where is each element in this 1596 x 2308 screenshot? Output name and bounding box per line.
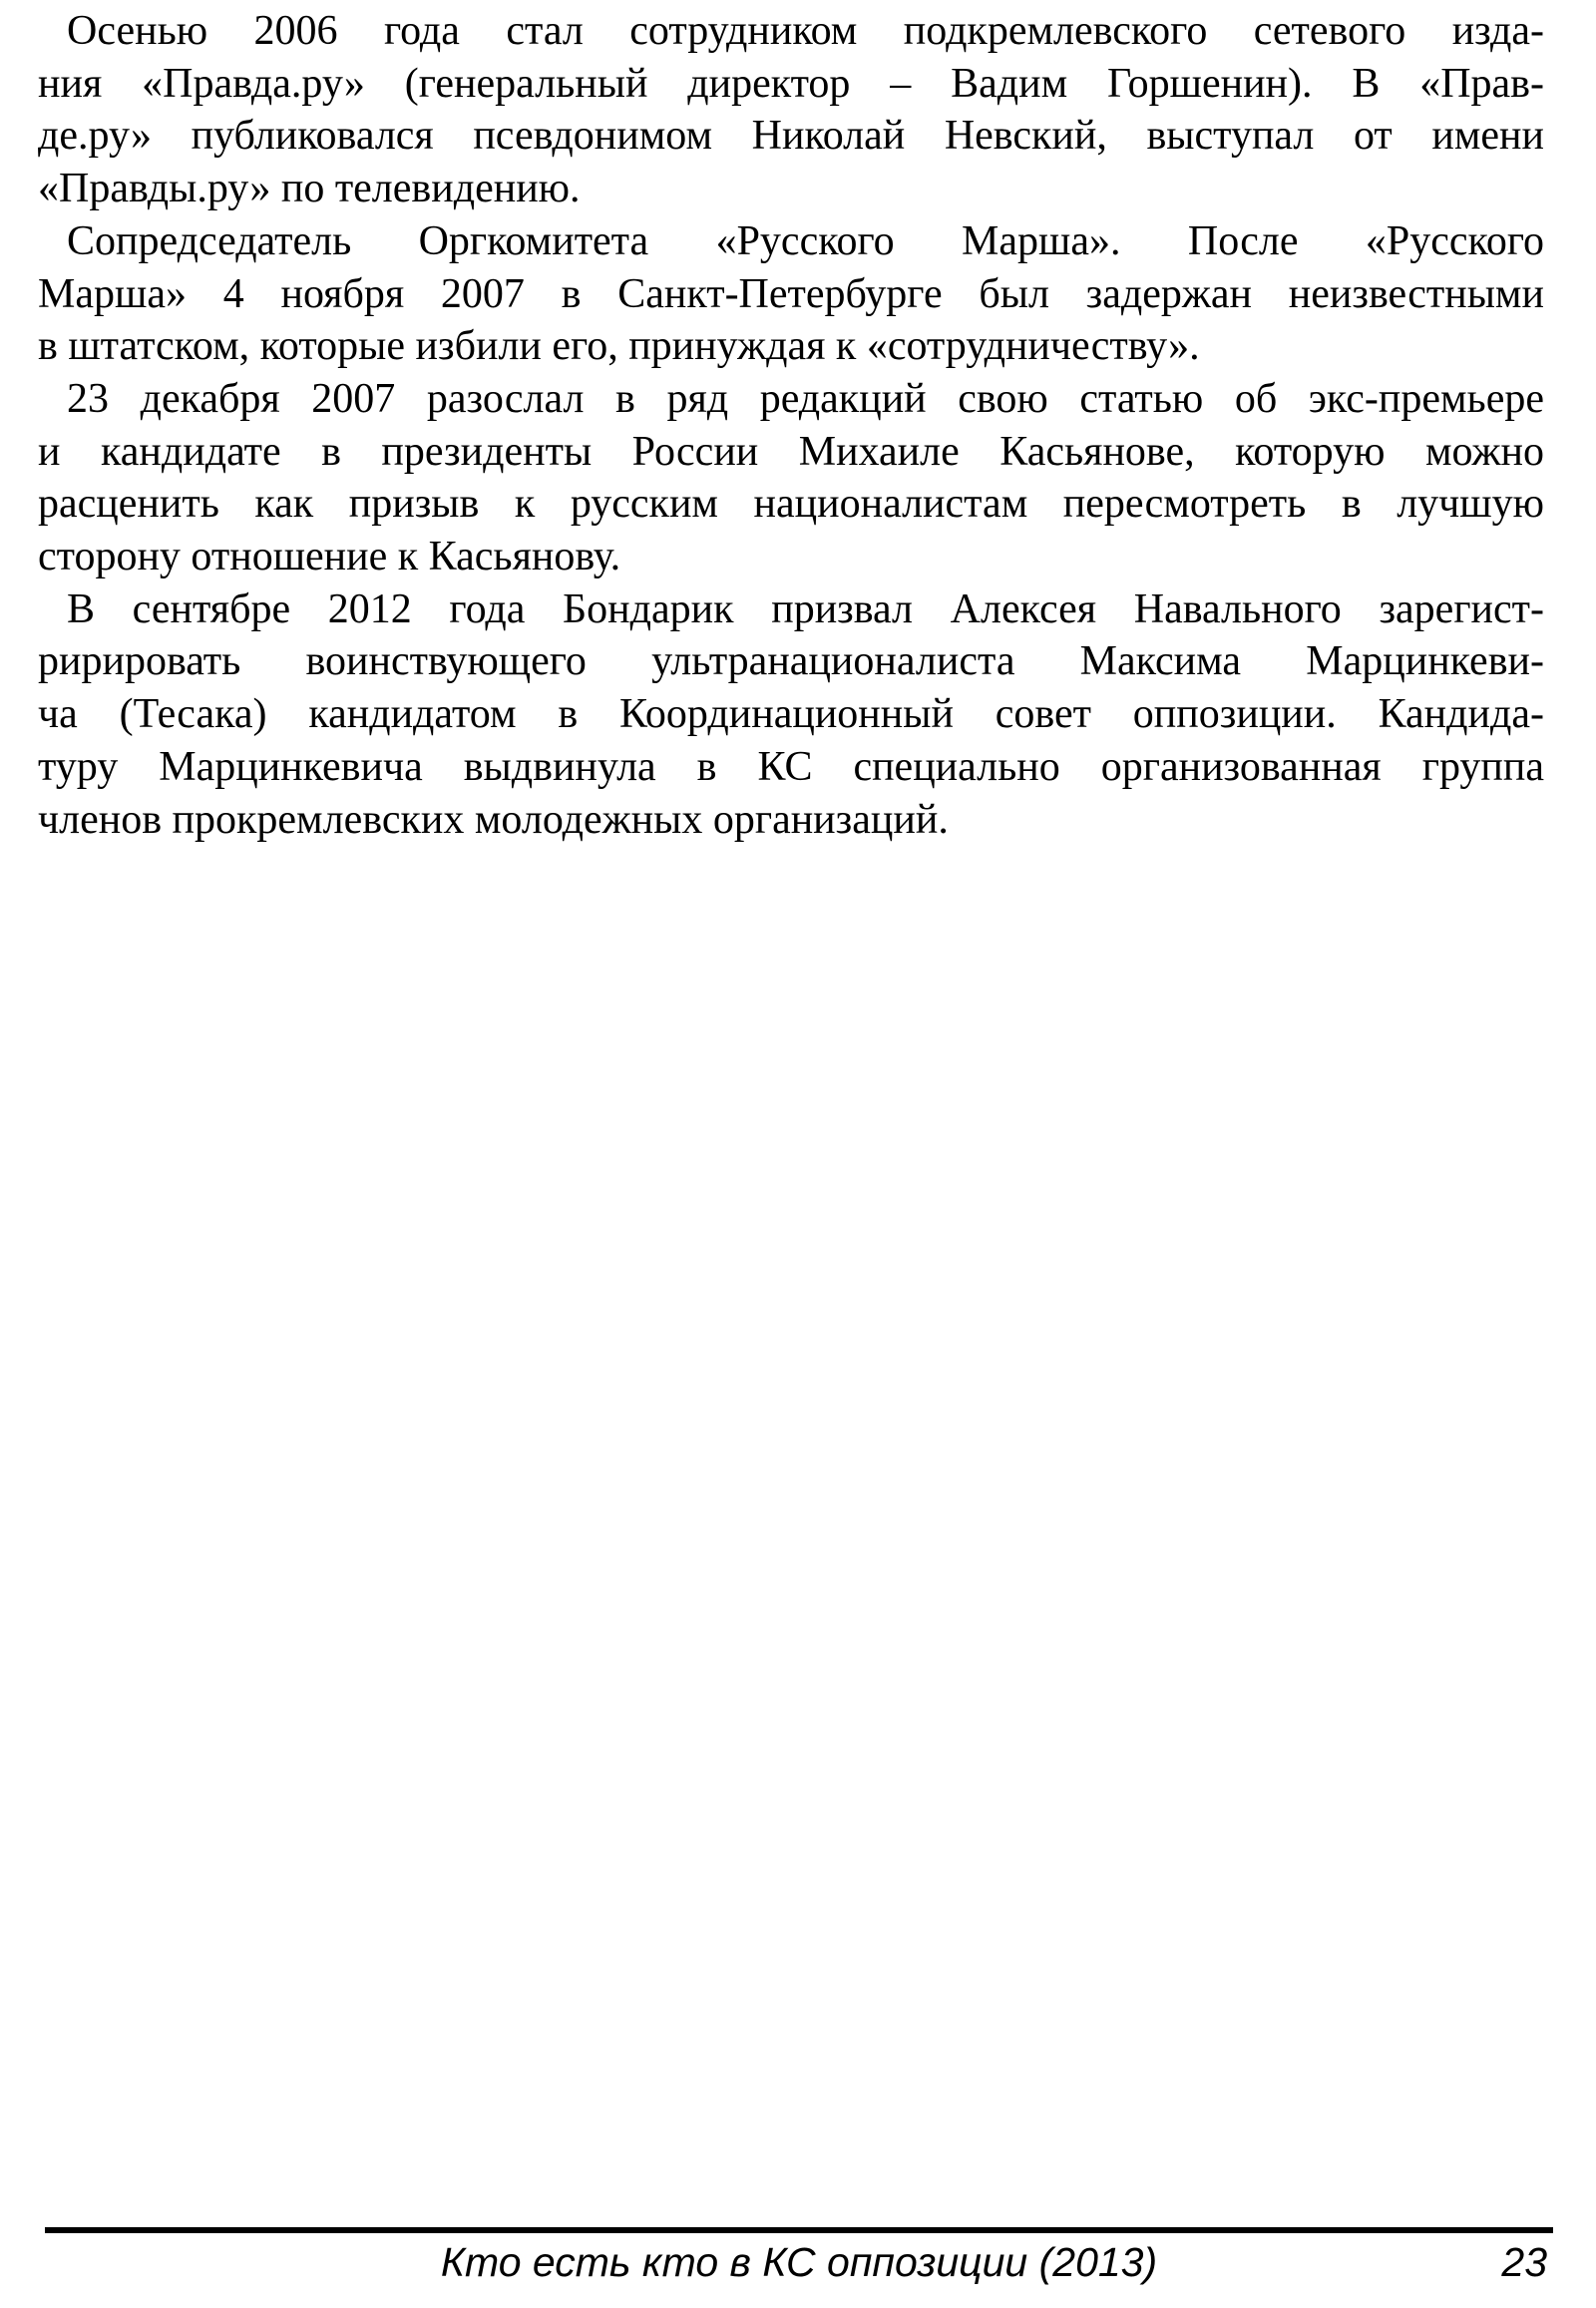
text-line: расценить как призыв к русским национали… <box>38 478 1544 531</box>
document-page: Осенью 2006 года стал сотрудником подкре… <box>0 0 1596 2308</box>
document-body: Осенью 2006 года стал сотрудником подкре… <box>38 5 1544 846</box>
text-line: Марша» 4 ноября 2007 в Санкт-Петербурге … <box>38 268 1544 321</box>
text-line: 23 декабря 2007 разослал в ряд редакций … <box>38 373 1544 426</box>
text-line: ририровать воинствующего ультранационали… <box>38 635 1544 688</box>
running-title: Кто есть кто в КС оппозиции (2013) <box>441 2239 1157 2285</box>
text-line: ния «Правда.ру» (генеральный директор – … <box>38 58 1544 111</box>
text-line: ча (Тесака) кандидатом в Координационный… <box>38 688 1544 741</box>
footer-divider <box>45 2227 1553 2233</box>
text-line: В сентябре 2012 года Бондарик призвал Ал… <box>38 583 1544 636</box>
text-line: сторону отношение к Касьянову. <box>38 531 1544 583</box>
page-footer: Кто есть кто в КС оппозиции (2013) 23 <box>45 2227 1553 2285</box>
footer-row: Кто есть кто в КС оппозиции (2013) 23 <box>45 2239 1553 2285</box>
text-line: туру Марцинкевича выдвинула в КС специал… <box>38 741 1544 794</box>
text-line: в штатском, которые избили его, принужда… <box>38 320 1544 373</box>
text-line: Сопредседатель Оргкомитета «Русского Мар… <box>38 215 1544 268</box>
page-number: 23 <box>1501 2239 1547 2285</box>
text-line: Осенью 2006 года стал сотрудником подкре… <box>38 5 1544 58</box>
text-line: де.ру» публиковался псевдонимом Николай … <box>38 110 1544 163</box>
text-line: и кандидате в президенты России Михаиле … <box>38 426 1544 479</box>
text-line: «Правды.ру» по телевидению. <box>38 163 1544 215</box>
text-line: членов прокремлевских молодежных организ… <box>38 794 1544 847</box>
